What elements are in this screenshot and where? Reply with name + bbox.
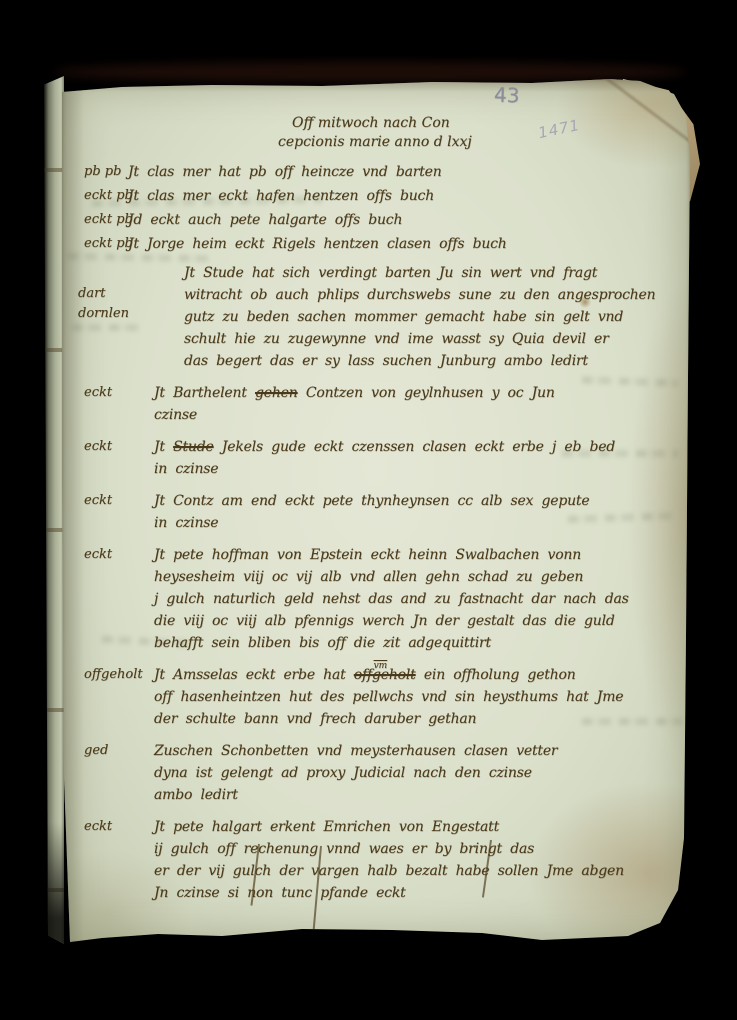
text-segment: das begert das er sy lass suchen Junburg… xyxy=(184,353,588,369)
text-segment: czinse xyxy=(154,407,197,423)
page-content: 43 Off mitwoch nach Con cepcionis marie … xyxy=(62,78,690,944)
entry-line: das begert das er sy lass suchen Junburg… xyxy=(184,350,674,372)
text-segment: Jt Contz am end eckt pete thynheynsen cc… xyxy=(154,493,589,509)
margin-note: eckt pb xyxy=(84,212,133,227)
text-segment: gutz zu beden sachen mommer gemacht habe… xyxy=(184,309,623,325)
entry-line: Jt Contz am end eckt pete thynheynsen cc… xyxy=(154,490,674,512)
entry-lines: Zuschen Schonbetten vnd meysterhausen cl… xyxy=(154,740,674,806)
entry-lines: Jt Amsselas eckt erbe hat vmoffgeholt ei… xyxy=(154,664,674,730)
entry-line: Zuschen Schonbetten vnd meysterhausen cl… xyxy=(154,740,674,762)
margin-note: pb pb xyxy=(84,164,121,179)
register-row: eckt pbJt Jorge heim eckt Rigels hentzen… xyxy=(62,236,672,260)
entry-line: j gulch naturlich geld nehst das and zu … xyxy=(154,588,674,610)
binding-shadow xyxy=(54,62,686,82)
text-segment: ij gulch off rechenung vnnd waes er by b… xyxy=(154,841,534,857)
entry-text: Jd eckt auch pete halgarte offs buch xyxy=(128,212,402,228)
text-segment: j gulch naturlich geld nehst das and zu … xyxy=(154,591,629,607)
entry-line: Jt Amsselas eckt erbe hat vmoffgeholt ei… xyxy=(154,664,674,686)
entry-line: witracht ob auch phlips durchswebs sune … xyxy=(184,284,674,306)
entry-list: dart dornlenJt Stude hat sich verdingt b… xyxy=(62,262,674,914)
manuscript-page: 43 Off mitwoch nach Con cepcionis marie … xyxy=(62,78,690,944)
pencil-year-note: 1471 xyxy=(537,116,582,142)
date-heading: Off mitwoch nach Con cepcionis marie ann… xyxy=(292,114,472,152)
entry-lines: Jt Stude hat sich verdingt barten Ju sin… xyxy=(184,262,674,372)
text-segment: Zuschen Schonbetten vnd meysterhausen cl… xyxy=(154,743,557,759)
text-segment: Jn czinse si non tunc pfande eckt xyxy=(154,885,406,901)
entry: ecktJt pete hoffman von Epstein eckt hei… xyxy=(62,544,674,654)
text-segment: witracht ob auch phlips durchswebs sune … xyxy=(184,287,655,303)
entry-line: in czinse xyxy=(154,458,674,480)
entry: gedZuschen Schonbetten vnd meysterhausen… xyxy=(62,740,674,806)
folio-number: 43 xyxy=(494,83,520,108)
entry-line: Jt Barthelent gehen Contzen von geylnhus… xyxy=(154,382,674,404)
register-row: eckt pbJd eckt auch pete halgarte offs b… xyxy=(62,212,672,236)
margin-note: eckt xyxy=(84,491,112,511)
entry-text: Jt clas mer hat pb off heincze vnd barte… xyxy=(128,164,442,180)
entry: offgeholtJt Amsselas eckt erbe hat vmoff… xyxy=(62,664,674,730)
text-segment: der schulte bann vnd frech daruber getha… xyxy=(154,711,476,727)
left-page-edges xyxy=(44,76,64,944)
entry-line: schult hie zu zugewynne vnd ime wasst sy… xyxy=(184,328,674,350)
entry: ecktJt pete halgart erkent Emrichen von … xyxy=(62,816,674,904)
text-segment: off hasenheintzen hut des pellwchs vnd s… xyxy=(154,689,623,705)
text-segment: er der vij gulch der vargen halb bezalt … xyxy=(154,863,624,879)
entry: ecktJt Stude Jekels gude eckt czenssen c… xyxy=(62,436,674,480)
entry-line: czinse xyxy=(154,404,674,426)
entry-line: die viij oc viij alb pfennigs werch Jn d… xyxy=(154,610,674,632)
entry-line: in czinse xyxy=(154,512,674,534)
text-segment: Jt Barthelent xyxy=(154,385,255,401)
entry-line: Jt pete hoffman von Epstein eckt heinn S… xyxy=(154,544,674,566)
register-row: eckt pbJt clas mer eckt hafen hentzen of… xyxy=(62,188,672,212)
entry-line: dyna ist gelengt ad proxy Judicial nach … xyxy=(154,762,674,784)
insertion-note: vm xyxy=(374,655,388,677)
entry-text: Jt Jorge heim eckt Rigels hentzen clasen… xyxy=(128,236,507,252)
struck-text: gehen xyxy=(255,385,298,401)
entry-line: ambo ledirt xyxy=(154,784,674,806)
text-segment: schult hie zu zugewynne vnd ime wasst sy… xyxy=(184,331,609,347)
entry-line: gutz zu beden sachen mommer gemacht habe… xyxy=(184,306,674,328)
entry: ecktJt Contz am end eckt pete thynheynse… xyxy=(62,490,674,534)
entry-lines: Jt pete hoffman von Epstein eckt heinn S… xyxy=(154,544,674,654)
entry: dart dornlenJt Stude hat sich verdingt b… xyxy=(62,262,674,372)
entry-line: Jt pete halgart erkent Emrichen von Enge… xyxy=(154,816,674,838)
text-segment: Jt Stude hat sich verdingt barten Ju sin… xyxy=(184,265,597,281)
entry-line: ij gulch off rechenung vnnd waes er by b… xyxy=(154,838,674,860)
entry-text: Jt clas mer eckt hafen hentzen offs buch xyxy=(128,188,434,204)
manuscript-photo: 43 Off mitwoch nach Con cepcionis marie … xyxy=(0,0,737,1020)
text-segment: ambo ledirt xyxy=(154,787,238,803)
entry: ecktJt Barthelent gehen Contzen von geyl… xyxy=(62,382,674,426)
text-segment: Jt pete hoffman von Epstein eckt heinn S… xyxy=(154,547,581,563)
text-segment: in czinse xyxy=(154,461,218,477)
margin-note: eckt xyxy=(84,817,112,837)
text-segment: Contzen von geylnhusen y oc Jun xyxy=(298,385,555,401)
margin-note: offgeholt xyxy=(84,665,143,685)
register-row: pb pbJt clas mer hat pb off heincze vnd … xyxy=(62,164,672,188)
margin-note: dart dornlen xyxy=(78,284,129,324)
entry-line: Jn czinse si non tunc pfande eckt xyxy=(154,882,674,904)
text-segment: dyna ist gelengt ad proxy Judicial nach … xyxy=(154,765,532,781)
entry-line: er der vij gulch der vargen halb bezalt … xyxy=(154,860,674,882)
margin-note: eckt pb xyxy=(84,236,133,251)
margin-note: eckt xyxy=(84,437,112,457)
entry-lines: Jt Barthelent gehen Contzen von geylnhus… xyxy=(154,382,674,426)
struck-text: vmoffgeholt xyxy=(354,667,416,683)
struck-text: Stude xyxy=(173,439,213,455)
margin-note: ged xyxy=(84,741,108,761)
heading-line-2: cepcionis marie anno d lxxj xyxy=(278,133,472,152)
entry-line: Jt Stude hat sich verdingt barten Ju sin… xyxy=(184,262,674,284)
margin-note: eckt pb xyxy=(84,188,133,203)
text-segment: behafft sein bliben bis off die zit adge… xyxy=(154,635,491,651)
entry-line: off hasenheintzen hut des pellwchs vnd s… xyxy=(154,686,674,708)
text-segment: die viij oc viij alb pfennigs werch Jn d… xyxy=(154,613,615,629)
entry-line: der schulte bann vnd frech daruber getha… xyxy=(154,708,674,730)
text-segment: Jt xyxy=(154,439,173,455)
entry-lines: Jt pete halgart erkent Emrichen von Enge… xyxy=(154,816,674,904)
entry-line: behafft sein bliben bis off die zit adge… xyxy=(154,632,674,654)
text-segment: in czinse xyxy=(154,515,218,531)
margin-note: eckt xyxy=(84,383,112,403)
entry-line: heysesheim viij oc vij alb vnd allen geh… xyxy=(154,566,674,588)
text-segment: Jt Amsselas eckt erbe hat xyxy=(154,667,354,683)
text-segment: heysesheim viij oc vij alb vnd allen geh… xyxy=(154,569,583,585)
register-rows: pb pbJt clas mer hat pb off heincze vnd … xyxy=(62,164,672,260)
entry-line: Jt Stude Jekels gude eckt czenssen clase… xyxy=(154,436,674,458)
margin-note: eckt xyxy=(84,545,112,565)
text-segment: ein offholung gethon xyxy=(416,667,576,683)
heading-line-1: Off mitwoch nach Con xyxy=(292,115,450,131)
entry-lines: Jt Contz am end eckt pete thynheynsen cc… xyxy=(154,490,674,534)
text-segment: Jekels gude eckt czenssen clasen eckt er… xyxy=(214,439,616,455)
entry-lines: Jt Stude Jekels gude eckt czenssen clase… xyxy=(154,436,674,480)
text-segment: Jt pete halgart erkent Emrichen von Enge… xyxy=(154,819,499,835)
